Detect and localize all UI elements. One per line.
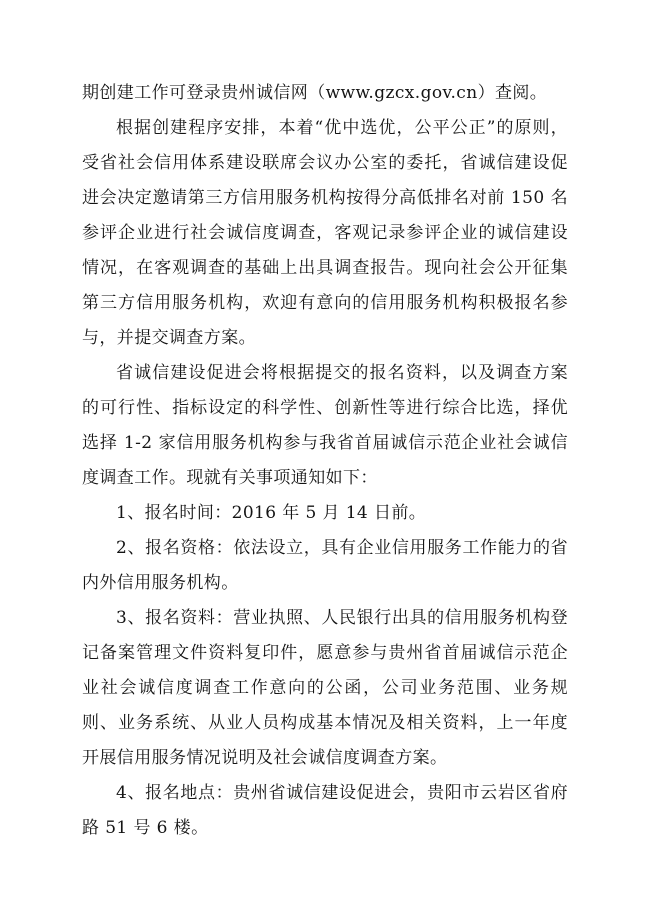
paragraph-7: 4、报名地点：贵州省诚信建设促进会，贵阳市云岩区省府路 51 号 6 楼。 (82, 776, 568, 846)
paragraph-2: 根据创建程序安排，本着“优中选优，公平公正”的原则，受省社会信用体系建设联席会议… (82, 111, 568, 356)
document-page: 期创建工作可登录贵州诚信网（www.gzcx.gov.cn）查阅。根据创建程序安… (0, 0, 650, 919)
paragraph-3: 省诚信建设促进会将根据提交的报名资料，以及调查方案的可行性、指标设定的科学性、创… (82, 356, 568, 496)
paragraph-5: 2、报名资格：依法设立，具有企业信用服务工作能力的省内外信用服务机构。 (82, 531, 568, 601)
document-body: 期创建工作可登录贵州诚信网（www.gzcx.gov.cn）查阅。根据创建程序安… (82, 76, 568, 846)
paragraph-4: 1、报名时间：2016 年 5 月 14 日前。 (82, 496, 568, 531)
paragraph-6: 3、报名资料：营业执照、人民银行出具的信用服务机构登记备案管理文件资料复印件，愿… (82, 601, 568, 776)
paragraph-1: 期创建工作可登录贵州诚信网（www.gzcx.gov.cn）查阅。 (82, 76, 568, 111)
